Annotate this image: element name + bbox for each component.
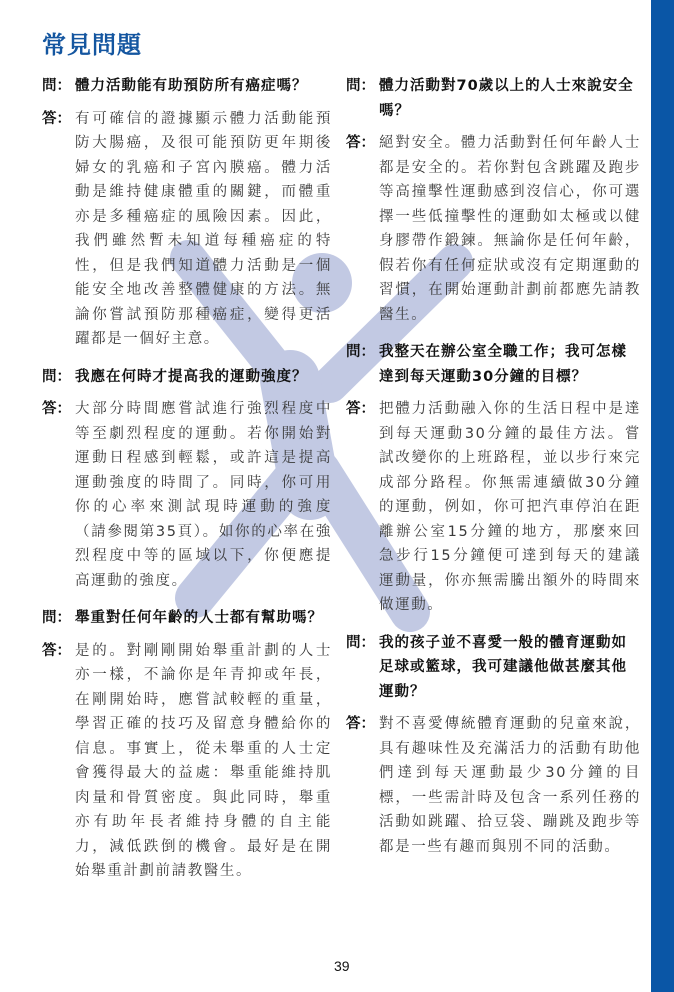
faq-item: 問： 我整天在辦公室全職工作；我可怎樣達到每天運動30分鐘的目標？ 答： 把體力… [346, 340, 641, 618]
answer-label: 答： [346, 712, 379, 737]
left-column: 問： 體力活動能有助預防所有癌症嗎？ 答： 有可確信的證據顯示體力活動能預防大腸… [42, 74, 332, 897]
question-label: 問： [42, 365, 75, 390]
answer-text: 有可確信的證據顯示體力活動能預防大腸癌，及很可能預防更年期後婦女的乳癌和子宮內膜… [75, 107, 332, 352]
answer-label: 答： [42, 397, 75, 422]
page-number: 39 [334, 958, 350, 974]
question-label: 問： [346, 74, 379, 99]
faq-item: 問： 我的孩子並不喜愛一般的體育運動如足球或籃球，我可建議他做甚麼其他運動？ 答… [346, 631, 641, 860]
question-label: 問： [42, 74, 75, 99]
answer-label: 答： [42, 639, 75, 664]
answer-text: 對不喜愛傳統體育運動的兒童來說，具有趣味性及充滿活力的活動有助他們達到每天運動最… [379, 712, 641, 859]
page-title: 常見問題 [42, 25, 142, 60]
answer-text: 把體力活動融入你的生活日程中是達到每天運動30分鐘的最佳方法。嘗試改變你的上班路… [379, 397, 641, 618]
right-column: 問： 體力活動對70歲以上的人士來說安全嗎？ 答： 絕對安全。體力活動對任何年齡… [346, 74, 641, 872]
faq-item: 問： 舉重對任何年齡的人士都有幫助嗎？ 答： 是的。對剛剛開始舉重計劃的人士亦一… [42, 606, 332, 884]
question-text: 我的孩子並不喜愛一般的體育運動如足球或籃球，我可建議他做甚麼其他運動？ [379, 631, 641, 705]
answer-text: 絕對安全。體力活動對任何年齡人士都是安全的。若你對包含跳躍及跑步等高撞擊性運動感… [379, 131, 641, 327]
answer-label: 答： [346, 397, 379, 422]
answer-text: 是的。對剛剛開始舉重計劃的人士亦一樣，不論你是年青抑或年長，在剛開始時，應嘗試較… [75, 639, 332, 884]
answer-text: 大部分時間應嘗試進行強烈程度中等至劇烈程度的運動。若你開始對運動日程感到輕鬆，或… [75, 397, 332, 593]
question-label: 問： [346, 631, 379, 656]
question-text: 我整天在辦公室全職工作；我可怎樣達到每天運動30分鐘的目標？ [379, 340, 641, 389]
question-label: 問： [42, 606, 75, 631]
answer-label: 答： [346, 131, 379, 156]
faq-item: 問： 體力活動能有助預防所有癌症嗎？ 答： 有可確信的證據顯示體力活動能預防大腸… [42, 74, 332, 352]
answer-label: 答： [42, 107, 75, 132]
question-text: 體力活動能有助預防所有癌症嗎？ [75, 74, 308, 99]
faq-item: 問： 我應在何時才提高我的運動強度？ 答： 大部分時間應嘗試進行強烈程度中等至劇… [42, 365, 332, 594]
question-text: 體力活動對70歲以上的人士來說安全嗎？ [379, 74, 641, 123]
question-text: 舉重對任何年齡的人士都有幫助嗎？ [75, 606, 323, 631]
side-color-bar [651, 0, 674, 992]
question-label: 問： [346, 340, 379, 365]
question-text: 我應在何時才提高我的運動強度？ [75, 365, 308, 390]
faq-item: 問： 體力活動對70歲以上的人士來說安全嗎？ 答： 絕對安全。體力活動對任何年齡… [346, 74, 641, 327]
